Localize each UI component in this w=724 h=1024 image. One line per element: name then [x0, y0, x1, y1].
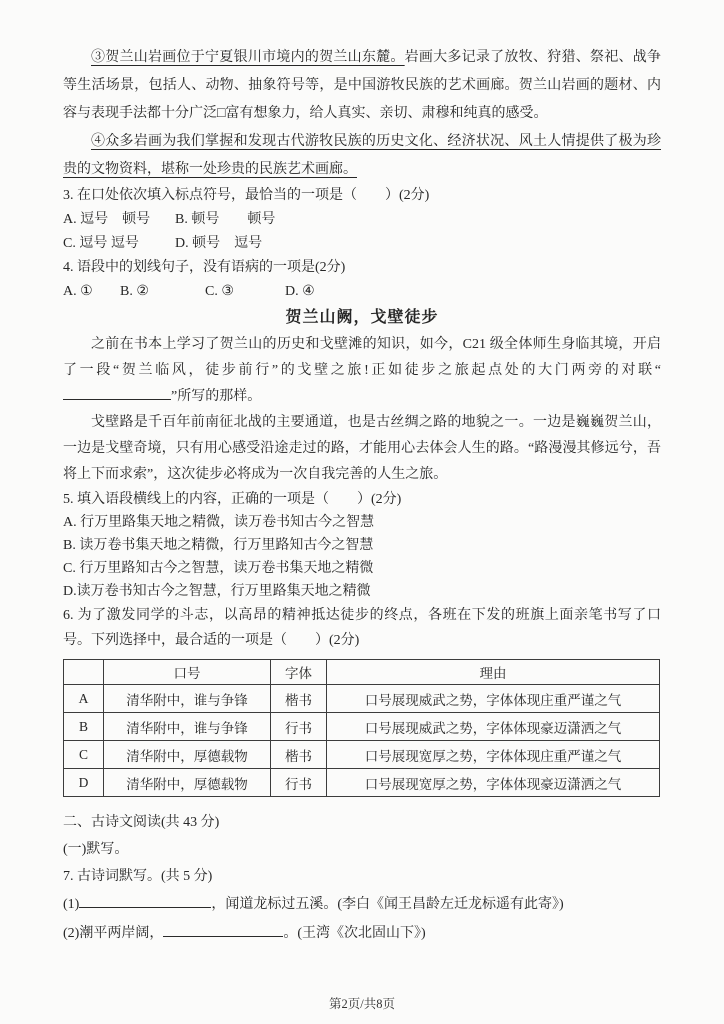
row-d-font: 行书: [271, 769, 327, 797]
q4-option-a: A. ①: [63, 280, 120, 304]
passage-b-paragraph-2: 戈壁路是千百年前南征北战的主要通道，也是古丝绸之路的地貌之一。一边是巍巍贺兰山，…: [63, 410, 661, 488]
table-row: B 清华附中，谁与争锋 行书 口号展现威武之势，字体体现豪迈潇洒之气: [64, 713, 660, 741]
table-row: D 清华附中，厚德载物 行书 口号展现宽厚之势，字体体现豪迈潇洒之气: [64, 769, 660, 797]
question-4-options-row: A. ① B. ② C. ③ D. ④: [63, 280, 661, 304]
underlined-sentence-4: ④众多岩画为我们掌握和发现古代游牧民族的历史文化、经济状况、风土人情提供了极为珍…: [63, 134, 661, 177]
row-c-letter: C: [64, 741, 104, 769]
row-a-font: 楷书: [271, 685, 327, 713]
q5-option-a: A. 行万里路集天地之精微，读万卷书知古今之智慧: [63, 511, 661, 534]
item-1-suffix: ，闻道龙标过五溪。(李白《闻王昌龄左迁龙标遥有此寄》): [211, 897, 563, 912]
question-7-stem: 7. 古诗词默写。(共 5 分): [63, 863, 661, 890]
row-b-reason: 口号展现威武之势，字体体现豪迈潇洒之气: [327, 713, 660, 741]
table-row: C 清华附中，厚德载物 楷书 口号展现宽厚之势，字体体现庄重严谨之气: [64, 741, 660, 769]
row-c-slogan: 清华附中，厚德载物: [104, 741, 271, 769]
header-font: 字体: [271, 660, 327, 685]
question-4-stem: 4. 语段中的划线句子，没有语病的一项是(2分): [63, 256, 661, 280]
section-2-heading: 二、古诗文阅读(共 43 分): [63, 809, 661, 836]
row-a-reason: 口号展现威武之势，字体体现庄重严谨之气: [327, 685, 660, 713]
header-slogan: 口号: [104, 660, 271, 685]
passage-a-paragraph-3: ③贺兰山岩画位于宁夏银川市境内的贺兰山东麓。岩画大多记录了放牧、狩猎、祭祀、战争…: [63, 44, 661, 128]
question-6-options-table: 口号 字体 理由 A 清华附中，谁与争锋 楷书 口号展现威武之势，字体体现庄重严…: [63, 659, 660, 797]
section-2-subheading: (一)默写。: [63, 836, 661, 863]
row-d-letter: D: [64, 769, 104, 797]
row-c-reason: 口号展现宽厚之势，字体体现庄重严谨之气: [327, 741, 660, 769]
row-a-letter: A: [64, 685, 104, 713]
q3-option-a: A. 逗号 顿号: [63, 208, 175, 232]
question-5-stem: 5. 填入语段横线上的内容，正确的一项是（ ）(2分): [63, 488, 661, 511]
q5-option-c: C. 行万里路知古今之智慧，读万卷书集天地之精微: [63, 557, 661, 580]
couplet-answer-blank: [63, 386, 171, 400]
q4-option-c: C. ③: [205, 280, 285, 304]
question-3-options-row-1: A. 逗号 顿号 B. 顿号 顿号: [63, 208, 661, 232]
q4-option-b: B. ②: [120, 280, 205, 304]
q4-option-d: D. ④: [285, 280, 315, 304]
exam-page: ③贺兰山岩画位于宁夏银川市境内的贺兰山东麓。岩画大多记录了放牧、狩猎、祭祀、战争…: [0, 0, 724, 948]
row-d-slogan: 清华附中，厚德载物: [104, 769, 271, 797]
answer-blank-1: [79, 894, 211, 908]
item-2-prefix: (2)潮平两岸阔，: [63, 926, 163, 941]
page-number: 第2页/共8页: [0, 994, 724, 1012]
question-3-stem: 3. 在口处依次填入标点符号，最恰当的一项是（ ）(2分): [63, 184, 661, 208]
question-6-stem: 6. 为了激发同学的斗志，以高昂的精神抵达徒步的终点，各班在下发的班旗上面亲笔书…: [63, 603, 661, 653]
row-d-reason: 口号展现宽厚之势，字体体现豪迈潇洒之气: [327, 769, 660, 797]
question-3-options-row-2: C. 逗号 逗号 D. 顿号 逗号: [63, 232, 661, 256]
question-7-item-1: (1)，闻道龙标过五溪。(李白《闻王昌龄左迁龙标遥有此寄》): [63, 890, 661, 919]
passage-b-title: 贺兰山阙，戈壁徒步: [63, 304, 661, 332]
q3-option-b: B. 顿号 顿号: [175, 208, 275, 232]
answer-blank-2: [163, 923, 283, 937]
item-2-suffix: 。(王湾《次北固山下》): [283, 926, 425, 941]
question-7-item-2: (2)潮平两岸阔，。(王湾《次北固山下》): [63, 919, 661, 948]
row-b-letter: B: [64, 713, 104, 741]
row-c-font: 楷书: [271, 741, 327, 769]
paragraph-1-text-after-blank: ”所写的那样。: [171, 389, 261, 404]
header-reason: 理由: [327, 660, 660, 685]
row-b-font: 行书: [271, 713, 327, 741]
row-b-slogan: 清华附中，谁与争锋: [104, 713, 271, 741]
paragraph-1-text-before-blank: 之前在书本上学习了贺兰山的历史和戈壁滩的知识，如今，C21 级全体师生身临其境，…: [63, 337, 661, 378]
q5-option-d: D.读万卷书知古今之智慧，行万里路集天地之精微: [63, 580, 661, 603]
underlined-sentence-3: ③贺兰山岩画位于宁夏银川市境内的贺兰山东麓。: [91, 50, 405, 65]
q5-option-b: B. 读万卷书集天地之精微，行万里路知古今之智慧: [63, 534, 661, 557]
table-header-row: 口号 字体 理由: [64, 660, 660, 685]
table-row: A 清华附中，谁与争锋 楷书 口号展现威武之势，字体体现庄重严谨之气: [64, 685, 660, 713]
item-1-prefix: (1): [63, 897, 79, 912]
passage-a-paragraph-4: ④众多岩画为我们掌握和发现古代游牧民族的历史文化、经济状况、风土人情提供了极为珍…: [63, 128, 661, 184]
header-letter: [64, 660, 104, 685]
q3-option-c: C. 逗号 逗号: [63, 232, 175, 256]
row-a-slogan: 清华附中，谁与争锋: [104, 685, 271, 713]
q3-option-d: D. 顿号 逗号: [175, 232, 262, 256]
passage-b-paragraph-1: 之前在书本上学习了贺兰山的历史和戈壁滩的知识，如今，C21 级全体师生身临其境，…: [63, 332, 661, 410]
